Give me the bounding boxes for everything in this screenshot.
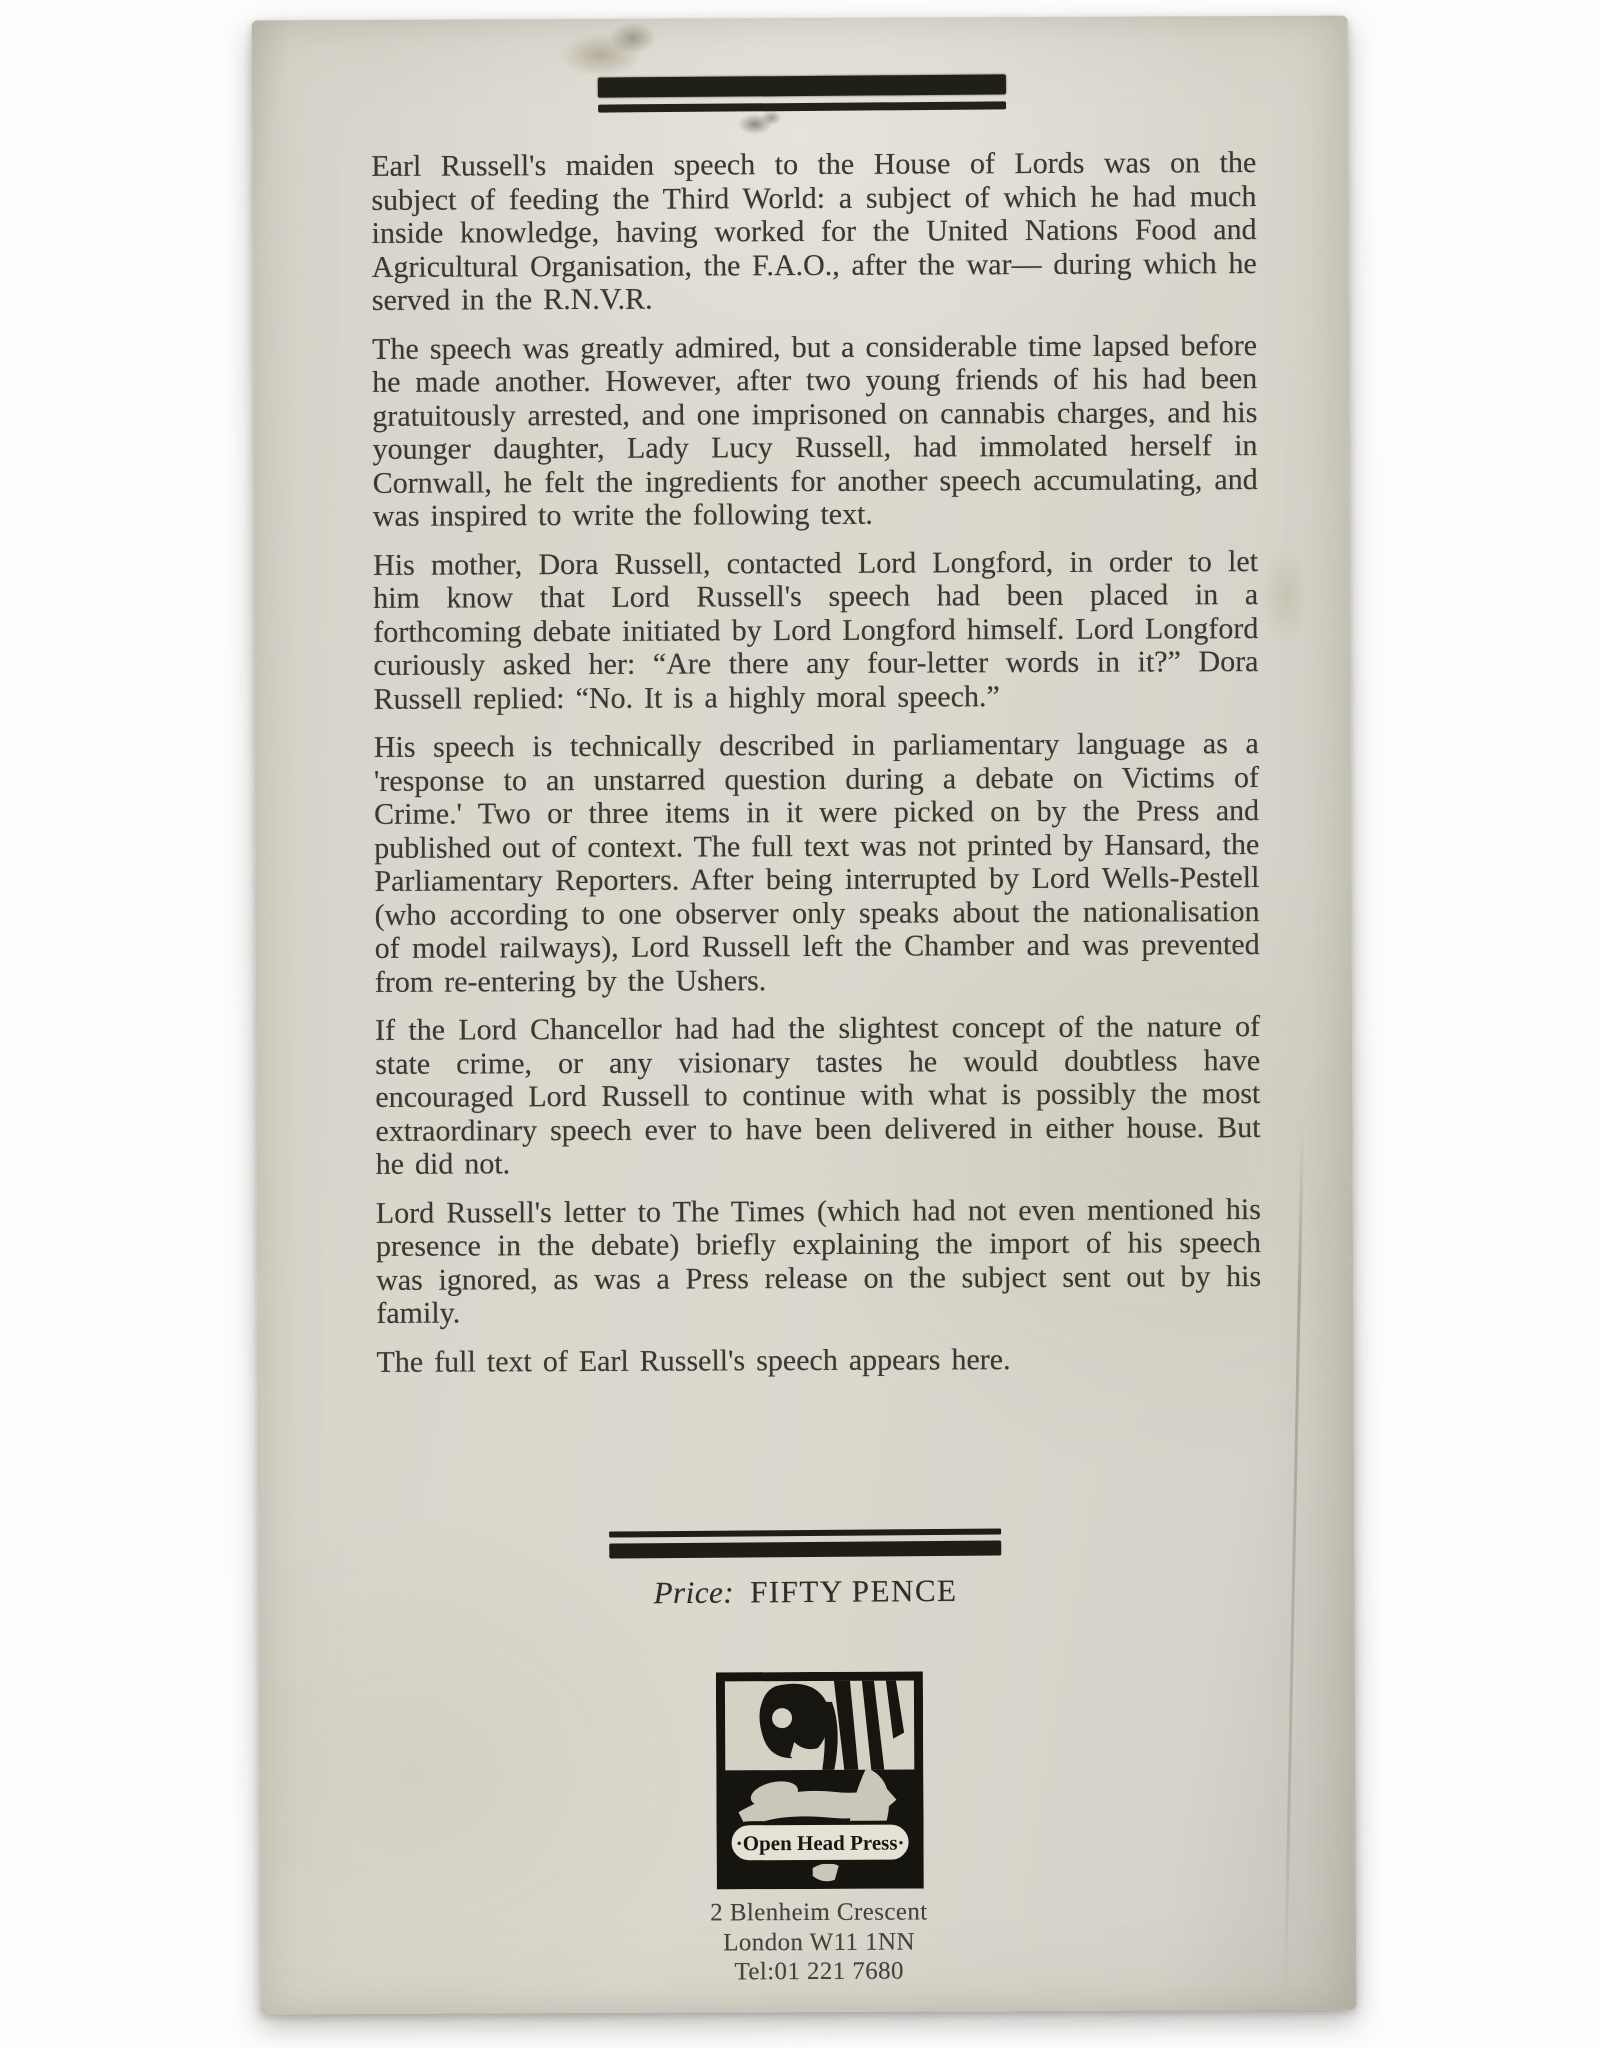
paragraph: The speech was greatly admired, but a co… [372,329,1258,534]
ink-smudge [734,108,786,140]
price-label: Price: [654,1575,735,1611]
blurb-text: Earl Russell's maiden speech to the Hous… [371,146,1261,1394]
paragraph: His speech is technically described in p… [374,727,1260,999]
top-rule [598,74,1006,112]
paper-crease [1284,1126,1304,1996]
top-rule-thick-bar [598,74,1006,97]
address-line: Tel:01 221 7680 [669,1956,969,1987]
publisher-address: 2 Blenheim Crescent London W11 1NN Tel:0… [669,1897,969,1987]
price-rule-thin [609,1528,1001,1537]
paper-stain [1250,526,1321,666]
paragraph: Lord Russell's letter to The Times (whic… [376,1193,1262,1331]
paragraph: If the Lord Chancellor had had the sligh… [375,1010,1261,1181]
logo-banner-text: ·Open Head Press· [736,1831,905,1856]
top-rule-thin-bar [598,101,1006,112]
book-back-cover: Earl Russell's maiden speech to the Hous… [252,16,1357,2015]
address-line: London W11 1NN [669,1927,969,1958]
paragraph: Earl Russell's maiden speech to the Hous… [371,146,1257,317]
open-head-press-skull-figure-icon: ·Open Head Press· [716,1671,924,1889]
price-line: Price:FIFTY PENCE [609,1572,1001,1611]
price-rule-thick [609,1540,1001,1558]
photo-background: Earl Russell's maiden speech to the Hous… [0,0,1600,2048]
price-value: FIFTY PENCE [750,1573,958,1610]
address-line: 2 Blenheim Crescent [669,1897,969,1928]
price-section: Price:FIFTY PENCE [609,1528,1002,1611]
paper-stain [548,21,666,84]
paragraph: The full text of Earl Russell's speech a… [376,1342,1261,1379]
paragraph: His mother, Dora Russell, contacted Lord… [373,545,1259,716]
open-head-press-logo: ·Open Head Press· [716,1671,924,1889]
